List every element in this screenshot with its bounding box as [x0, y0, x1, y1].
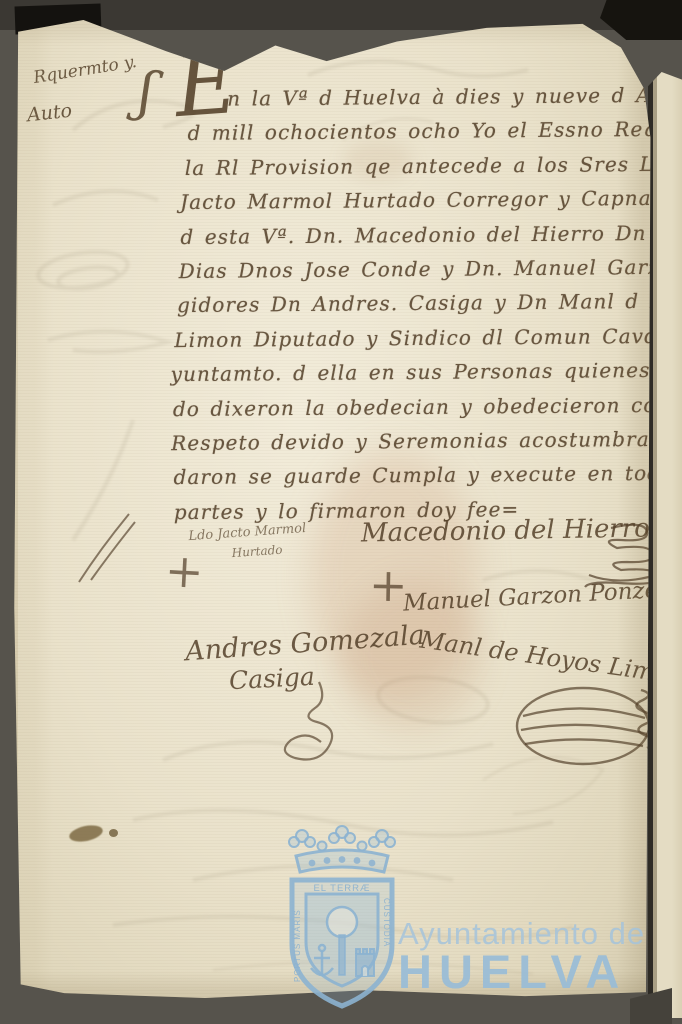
text-line: n la Vª d Huelva à dies y nueve d Abri [161, 78, 666, 117]
next-folio-edge [648, 72, 682, 1018]
text-line: yuntamto. d ella en sus Personas quienes… [163, 353, 668, 392]
signature-garzon: Manuel Garzon Ponze [402, 577, 658, 616]
manuscript-scan: Rquermto y. Auto ʃ E n la Vª d Huelva à … [0, 0, 682, 1024]
text-line: Jacto Marmol Hurtado Corregor y Capna Gu… [162, 181, 667, 220]
rubric-macedonio-icon [581, 520, 659, 598]
paper-stain [343, 140, 413, 180]
signature-licenciado-line1: Ldo Jacto Marmol [188, 519, 307, 547]
margin-note-requerimiento: Rquermto y. [32, 52, 138, 88]
text-line: Limon Diputado y Sindico dl Comun Cavdo … [163, 319, 668, 358]
cross-mark: + [164, 543, 205, 599]
page-gap-shadow [630, 988, 672, 1024]
signature-andres: Andres Gomezala [184, 620, 426, 668]
signature-licenciado: Ldo Jacto Marmol Hurtado [188, 519, 308, 565]
pen-flourish-icon [71, 508, 141, 588]
cross-mark: + [369, 558, 408, 613]
paper-stain [343, 580, 483, 730]
book-spine-shadow-right [600, 0, 682, 40]
text-line: gidores Dn Andres. Casiga y Dn Manl d Ho… [163, 284, 668, 323]
text-line: do dixeron la obedecian y obedecieron co… [164, 387, 669, 426]
text-line: Respeto devido y Seremonias acostumbrada… [164, 422, 669, 461]
ink-blot [109, 829, 118, 837]
rubric-hoyos-icon [513, 668, 658, 788]
document-page: Rquermto y. Auto ʃ E n la Vª d Huelva à … [13, 20, 653, 1000]
rubric-casiga-icon [275, 680, 345, 770]
body-text: n la Vª d Huelva à dies y nueve d Abri d… [161, 78, 670, 529]
bleedthrough-texture [13, 20, 653, 1000]
paragraph-mark: ʃ [136, 59, 157, 123]
signature-casiga: Casiga [228, 662, 315, 695]
text-line: Dias Dnos Jose Conde y Dn. Manuel Garzon… [163, 250, 668, 289]
margin-note-auto: Auto [26, 100, 73, 127]
text-line: daron se guarde Cumpla y execute en toda… [164, 456, 669, 495]
signature-macedonio: Macedonio del Hierro [361, 513, 650, 548]
text-line: la Rl Provision qe antecede a los Sres L… [162, 147, 667, 186]
ink-blot [68, 823, 104, 845]
ornate-initial: E [172, 40, 241, 130]
text-line: d mill ochocientos ocho Yo el Essno Requ… [161, 112, 666, 151]
text-line: partes y lo firmaron doy fee= [165, 490, 670, 529]
signature-hoyos: Manl de Hoyos Limon [418, 626, 682, 691]
text-line: d esta Vª. Dn. Macedonio del Hierro Dn F [162, 215, 667, 254]
paper-stain [309, 450, 479, 700]
signature-licenciado-line2: Hurtado [189, 538, 308, 564]
